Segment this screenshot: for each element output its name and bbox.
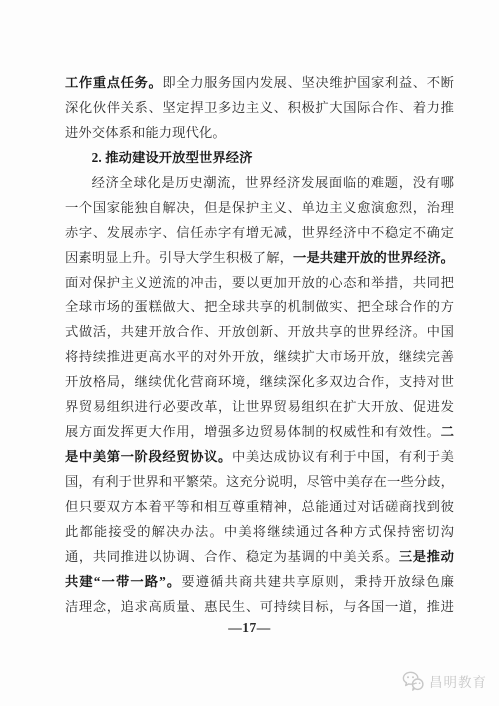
text-segment-bold: 共建“一带一路”。	[65, 574, 181, 589]
text-segment: 一个国家能独自解决，但是保护主义、单边主义愈演愈烈，治理	[65, 200, 454, 215]
text-line: 进外交体系和能力现代化。	[65, 121, 454, 146]
text-segment-bold: 工作重点任务。	[65, 75, 162, 90]
text-segment: 深化伙伴关系、坚定捍卫多边主义、积极扩大国际合作、着力推	[65, 100, 454, 115]
text-segment: 要遵循共商共建共享原则，秉持开放绿色廉	[181, 574, 454, 589]
text-segment: 展方面发挥更大作用，增强多边贸易体制的权威性和有效性。	[65, 424, 441, 439]
text-segment: 因素明显上升。引导大学生积极了解，	[65, 250, 293, 265]
text-column: 工作重点任务。即全力服务国内发展、坚决维护国家利益、不断深化伙伴关系、坚定捍卫多…	[65, 71, 454, 620]
text-line: 经济全球化是历史潮流，世界经济发展面临的难题，没有哪	[65, 171, 454, 196]
document-page: 工作重点任务。即全力服务国内发展、坚决维护国家利益、不断深化伙伴关系、坚定捍卫多…	[0, 0, 499, 706]
text-line: 式做活，共建开放合作、开放创新、开放共享的世界经济。中国	[65, 320, 454, 345]
text-segment: 全球市场的蛋糕做大、把全球共享的机制做实、把全球合作的方	[65, 299, 454, 314]
text-segment: 界贸易组织进行必要改革，让世界贸易组织在扩大开放、促进发	[65, 399, 454, 414]
text-line: 因素明显上升。引导大学生积极了解，一是共建开放的世界经济。	[65, 246, 454, 271]
watermark-label: 昌明教育	[429, 671, 487, 691]
text-line: 界贸易组织进行必要改革，让世界贸易组织在扩大开放、促进发	[65, 395, 454, 420]
text-line: 将持续推进更高水平的对外开放，继续扩大市场开放，继续完善	[65, 345, 454, 370]
text-line: 面对保护主义逆流的冲击，要以更加开放的心态和举措，共同把	[65, 271, 454, 296]
text-line: 洁理念，追求高质量、惠民生、可持续目标，与各国一道，推进	[65, 595, 454, 620]
text-segment: 洁理念，追求高质量、惠民生、可持续目标，与各国一道，推进	[65, 599, 454, 614]
text-line: 2. 推动建设开放型世界经济	[65, 146, 454, 171]
text-segment-bold: 二	[441, 424, 454, 439]
text-segment-bold: 三是推动	[399, 549, 454, 564]
text-segment: 式做活，共建开放合作、开放创新、开放共享的世界经济。中国	[65, 324, 454, 339]
text-line: 开放格局，继续优化营商环境，继续深化多双边合作，支持对世	[65, 370, 454, 395]
text-segment: 开放格局，继续优化营商环境，继续深化多双边合作，支持对世	[65, 374, 454, 389]
text-line: 深化伙伴关系、坚定捍卫多边主义、积极扩大国际合作、着力推	[65, 96, 454, 121]
text-line: 全球市场的蛋糕做大、把全球共享的机制做实、把全球合作的方	[65, 295, 454, 320]
text-line: 通，共同推进以协调、合作、稳定为基调的中美关系。三是推动	[65, 545, 454, 570]
text-segment: 进外交体系和能力现代化。	[65, 125, 226, 140]
text-segment-bold: 一是共建开放的世界经济。	[293, 250, 454, 265]
text-segment: 中美达成协议有利于中国，有利于美	[232, 449, 454, 464]
text-segment: 经济全球化是历史潮流，世界经济发展面临的难题，没有哪	[92, 175, 454, 190]
text-segment: 赤字、发展赤字、信任赤字有增无减，世界经济中不稳定不确定	[65, 225, 454, 240]
text-line: 共建“一带一路”。要遵循共商共建共享原则，秉持开放绿色廉	[65, 570, 454, 595]
text-line: 展方面发挥更大作用，增强多边贸易体制的权威性和有效性。二	[65, 420, 454, 445]
watermark: 昌明教育	[401, 671, 487, 691]
text-segment: 即全力服务国内发展、坚决维护国家利益、不断	[162, 75, 454, 90]
text-line: 一个国家能独自解决，但是保护主义、单边主义愈演愈烈，治理	[65, 196, 454, 221]
text-segment: 面对保护主义逆流的冲击，要以更加开放的心态和举措，共同把	[65, 275, 454, 290]
text-segment: 国，有利于世界和平繁荣。这充分说明，尽管中美存在一些分歧，	[65, 474, 454, 489]
wechat-icon	[401, 671, 425, 691]
text-line: 国，有利于世界和平繁荣。这充分说明，尽管中美存在一些分歧，	[65, 470, 454, 495]
text-segment-bold: 是中美第一阶段经贸协议。	[65, 449, 232, 464]
text-line: 工作重点任务。即全力服务国内发展、坚决维护国家利益、不断	[65, 71, 454, 96]
text-segment: 通，共同推进以协调、合作、稳定为基调的中美关系。	[65, 549, 399, 564]
text-segment-bold: 2. 推动建设开放型世界经济	[92, 150, 253, 165]
text-segment: 但只要双方本着平等和相互尊重精神，总能通过对话磋商找到彼	[65, 499, 454, 514]
text-line: 但只要双方本着平等和相互尊重精神，总能通过对话磋商找到彼	[65, 495, 454, 520]
text-line: 是中美第一阶段经贸协议。中美达成协议有利于中国，有利于美	[65, 445, 454, 470]
text-line: 赤字、发展赤字、信任赤字有增无减，世界经济中不稳定不确定	[65, 221, 454, 246]
text-segment: 此都能接受的解决办法。中美将继续通过各种方式保持密切沟	[65, 524, 454, 539]
page-number: —17—	[0, 620, 499, 636]
text-line: 此都能接受的解决办法。中美将继续通过各种方式保持密切沟	[65, 520, 454, 545]
text-segment: 将持续推进更高水平的对外开放，继续扩大市场开放，继续完善	[65, 349, 454, 364]
